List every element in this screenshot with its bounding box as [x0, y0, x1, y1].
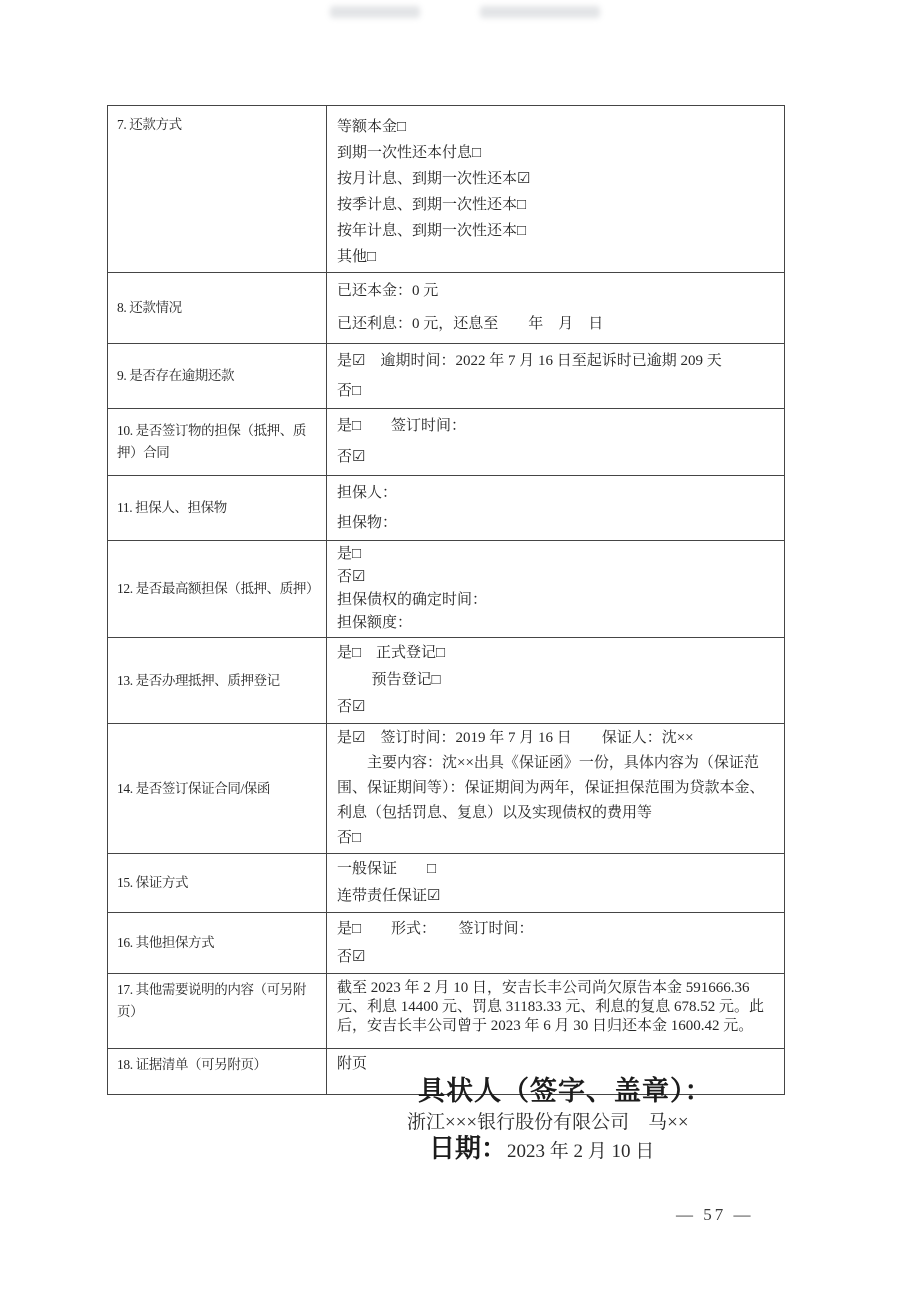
- field-line: 已还本金：0 元: [337, 275, 778, 308]
- row-label: 13. 是否办理抵押、质押登记: [108, 638, 327, 724]
- field-line: 截至 2023 年 2 月 10 日，安吉长丰公司尚欠原告本金 591666.3…: [337, 979, 778, 1036]
- field-line: 按季计息、到期一次性还本□: [337, 192, 778, 218]
- field-line: 担保债权的确定时间：: [337, 589, 778, 612]
- field-line: 是□ 签订时间：: [337, 411, 778, 442]
- case-info-table: 7. 还款方式 等额本金□ 到期一次性还本付息□ 按月计息、到期一次性还本☑ 按…: [107, 105, 785, 1095]
- row-content: 一般保证 □ 连带责任保证☑: [327, 854, 785, 913]
- field-line: 预告登记□: [372, 667, 779, 694]
- scan-artifact: [480, 6, 600, 18]
- row-content: 已还本金：0 元 已还利息：0 元，还息至 年 月 日: [327, 273, 785, 344]
- field-line: 否☑: [337, 566, 778, 589]
- row-content: 是☑ 签订时间：2019 年 7 月 16 日 保证人：沈×× 主要内容：沈××…: [327, 724, 785, 854]
- field-line: 否□: [337, 376, 778, 406]
- table-row-15: 15. 保证方式 一般保证 □ 连带责任保证☑: [108, 854, 785, 913]
- row-label: 17. 其他需要说明的内容（可另附页）: [108, 974, 327, 1049]
- table-row-16: 16. 其他担保方式 是□ 形式： 签订时间： 否☑: [108, 913, 785, 974]
- field-line: 已还利息：0 元，还息至 年 月 日: [337, 308, 778, 341]
- row-label: 14. 是否签订保证合同/保函: [108, 724, 327, 854]
- field-line: 是□ 正式登记□: [337, 640, 778, 667]
- field-line: 是☑ 签订时间：2019 年 7 月 16 日 保证人：沈××: [337, 726, 778, 751]
- row-content: 截至 2023 年 2 月 10 日，安吉长丰公司尚欠原告本金 591666.3…: [327, 974, 785, 1049]
- row-content: 担保人： 担保物：: [327, 476, 785, 541]
- table-row-8: 8. 还款情况 已还本金：0 元 已还利息：0 元，还息至 年 月 日: [108, 273, 785, 344]
- table-row-17: 17. 其他需要说明的内容（可另附页） 截至 2023 年 2 月 10 日，安…: [108, 974, 785, 1049]
- field-line: 担保人：: [337, 478, 778, 508]
- field-line: 一般保证 □: [337, 856, 778, 883]
- field-line: 是□ 形式： 签订时间：: [337, 915, 778, 943]
- document-page: 7. 还款方式 等额本金□ 到期一次性还本付息□ 按月计息、到期一次性还本☑ 按…: [0, 0, 899, 1301]
- table-row-13: 13. 是否办理抵押、质押登记 是□ 正式登记□ 预告登记□ 否☑: [108, 638, 785, 724]
- field-line: 按年计息、到期一次性还本□: [337, 218, 778, 244]
- row-content: 等额本金□ 到期一次性还本付息□ 按月计息、到期一次性还本☑ 按季计息、到期一次…: [327, 106, 785, 273]
- row-label: 18. 证据清单（可另附页）: [108, 1049, 327, 1095]
- row-content: 是☑ 逾期时间：2022 年 7 月 16 日至起诉时已逾期 209 天 否□: [327, 344, 785, 409]
- field-line: 是□: [337, 543, 778, 566]
- row-label: 10. 是否签订物的担保（抵押、质押）合同: [108, 409, 327, 476]
- field-line: 担保物：: [337, 508, 778, 538]
- signer-title: 具状人（签字、盖章）：: [418, 1069, 713, 1108]
- field-line: 担保额度：: [337, 612, 778, 635]
- row-label: 16. 其他担保方式: [108, 913, 327, 974]
- page-number: — 57 —: [676, 1205, 754, 1225]
- field-line: 否☑: [337, 943, 778, 971]
- table-row-10: 10. 是否签订物的担保（抵押、质押）合同 是□ 签订时间： 否☑: [108, 409, 785, 476]
- scan-artifact: [330, 6, 420, 18]
- field-line: 否☑: [337, 442, 778, 473]
- field-line: 否☑: [337, 694, 778, 721]
- field-line: 是☑ 逾期时间：2022 年 7 月 16 日至起诉时已逾期 209 天: [337, 346, 778, 376]
- field-line: 按月计息、到期一次性还本☑: [337, 166, 778, 192]
- table-row-9: 9. 是否存在逾期还款 是☑ 逾期时间：2022 年 7 月 16 日至起诉时已…: [108, 344, 785, 409]
- row-content: 是□ 签订时间： 否☑: [327, 409, 785, 476]
- row-content: 是□ 否☑ 担保债权的确定时间： 担保额度：: [327, 541, 785, 638]
- field-line: 到期一次性还本付息□: [337, 140, 778, 166]
- table-row-12: 12. 是否最高额担保（抵押、质押） 是□ 否☑ 担保债权的确定时间： 担保额度…: [108, 541, 785, 638]
- field-line: 其他□: [337, 244, 778, 270]
- field-line: 等额本金□: [337, 114, 778, 140]
- table-row-7: 7. 还款方式 等额本金□ 到期一次性还本付息□ 按月计息、到期一次性还本☑ 按…: [108, 106, 785, 273]
- row-label: 9. 是否存在逾期还款: [108, 344, 327, 409]
- table-row-14: 14. 是否签订保证合同/保函 是☑ 签订时间：2019 年 7 月 16 日 …: [108, 724, 785, 854]
- field-line: 否□: [337, 826, 778, 851]
- row-label: 15. 保证方式: [108, 854, 327, 913]
- field-line: 连带责任保证☑: [337, 883, 778, 910]
- date-value: 2023 年 2 月 10 日: [507, 1141, 654, 1162]
- date-label: 日期：: [429, 1133, 507, 1163]
- signature-date: 日期：2023 年 2 月 10 日: [429, 1128, 654, 1165]
- row-label: 8. 还款情况: [108, 273, 327, 344]
- row-content: 是□ 正式登记□ 预告登记□ 否☑: [327, 638, 785, 724]
- row-label: 7. 还款方式: [108, 106, 327, 273]
- row-label: 11. 担保人、担保物: [108, 476, 327, 541]
- table-row-11: 11. 担保人、担保物 担保人： 担保物：: [108, 476, 785, 541]
- field-line: 主要内容：沈××出具《保证函》一份，具体内容为（保证范围、保证期间等）：保证期间…: [337, 751, 778, 826]
- row-content: 是□ 形式： 签订时间： 否☑: [327, 913, 785, 974]
- row-label: 12. 是否最高额担保（抵押、质押）: [108, 541, 327, 638]
